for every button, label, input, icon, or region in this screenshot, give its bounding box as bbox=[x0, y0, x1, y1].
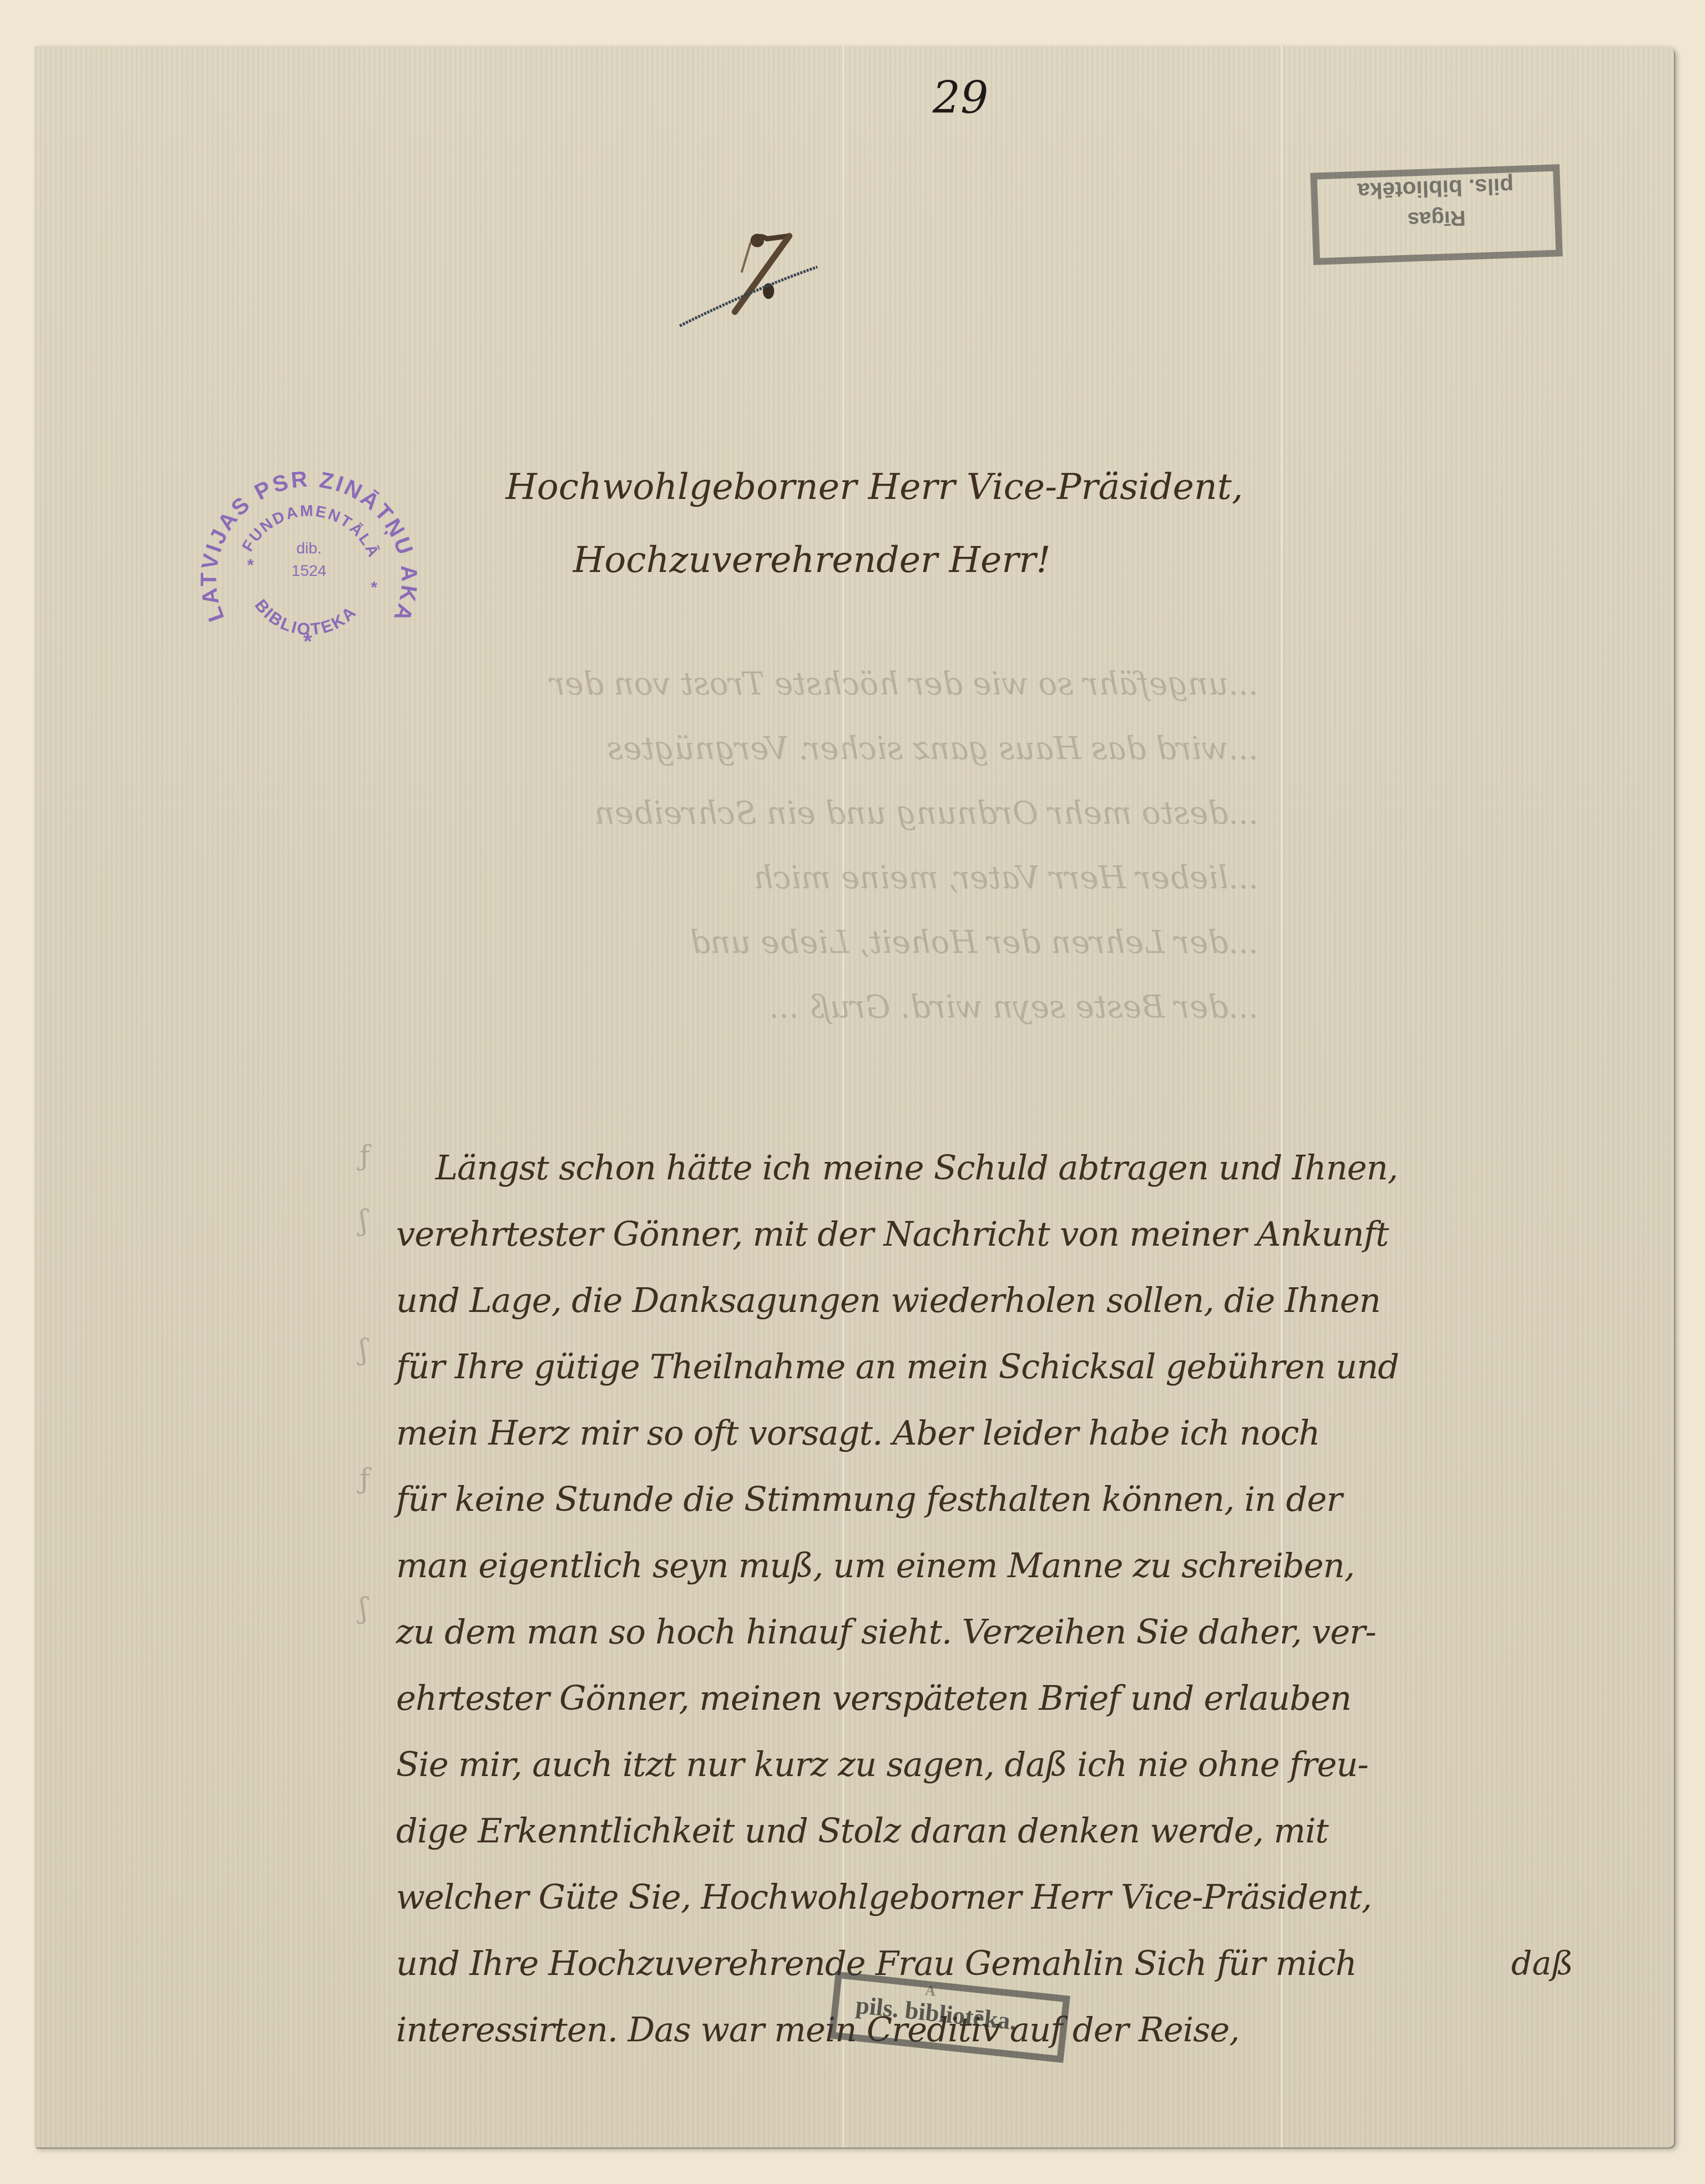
body-line: für keine Stunde die Stimmung festhalten… bbox=[396, 1466, 1666, 1533]
bleed-line: ...der Lehren der Hoheit, Liebe und bbox=[690, 924, 1258, 961]
bleed-line: ...lieber Herr Vater, meine mich bbox=[753, 860, 1258, 896]
svg-text:*: * bbox=[371, 578, 378, 597]
bleed-through-text: ...ungefähr so wie der höchste Trost von… bbox=[79, 652, 1258, 1129]
svg-text:1524: 1524 bbox=[292, 562, 326, 579]
letter-body: Längst schon hätte ich meine Schuld abtr… bbox=[396, 1135, 1666, 2063]
body-line: welcher Güte Sie, Hochwohlgeborner Herr … bbox=[396, 1864, 1666, 1931]
stamp-mark: A bbox=[924, 1982, 936, 2000]
body-line: Sie mir, auch itzt nur kurz zu sagen, da… bbox=[396, 1732, 1666, 1798]
bleed-line: ...desto mehr Ordnung und ein Schreiben bbox=[594, 795, 1258, 832]
body-line: für Ihre gütige Theilnahme an mein Schic… bbox=[396, 1334, 1666, 1400]
academy-library-stamp: LATVIJAS PSR ZINĀTŅU AKADĒMIJA FUNDAMENT… bbox=[185, 449, 433, 663]
stamp-line: pils. bibliotēka bbox=[1317, 171, 1554, 205]
stamp-line: Rīgas bbox=[1318, 202, 1555, 235]
svg-text:LATVIJAS PSR ZINĀTŅU AKADĒMIJA: LATVIJAS PSR ZINĀTŅU AKADĒMIJA bbox=[185, 449, 422, 626]
svg-text:*: * bbox=[247, 556, 254, 574]
item-number-mark bbox=[640, 197, 876, 332]
body-line: dige Erkenntlichkeit und Stolz daran den… bbox=[396, 1798, 1666, 1864]
body-line: ehrtester Gönner, meinen verspäteten Bri… bbox=[396, 1665, 1666, 1732]
svg-text:*: * bbox=[303, 629, 312, 654]
folio-number: 29 bbox=[933, 73, 988, 124]
body-line: Längst schon hätte ich meine Schuld abtr… bbox=[396, 1135, 1666, 1201]
margin-bleed-marks: ƒʃʃƒʃ bbox=[360, 1124, 393, 1967]
body-line: und Lage, die Danksagungen wiederholen s… bbox=[396, 1268, 1666, 1334]
stamp-text-mirrored: Rīgas pils. bibliotēka bbox=[1317, 171, 1555, 235]
numeral-seven-icon bbox=[640, 197, 876, 332]
bleed-line: ...wird das Haus ganz sicher. Vergnügtes bbox=[607, 730, 1258, 767]
catchword: daß bbox=[1511, 1944, 1573, 1982]
body-line: und Ihre Hochzuverehrende Frau Gemahlin … bbox=[396, 1931, 1666, 1997]
salutation-line-2: Hochzuverehrender Herr! bbox=[573, 539, 1051, 581]
salutation-line-1: Hochwohlgeborner Herr Vice-Präsident, bbox=[506, 466, 1243, 508]
library-stamp-mirrored: Rīgas pils. bibliotēka bbox=[1310, 164, 1562, 265]
svg-text:dib.: dib. bbox=[296, 539, 321, 557]
body-line: mein Herz mir so oft vorsagt. Aber leide… bbox=[396, 1400, 1666, 1466]
body-line: man eigentlich seyn muß, um einem Manne … bbox=[396, 1533, 1666, 1599]
bleed-line: ...ungefähr so wie der höchste Trost von… bbox=[550, 666, 1258, 702]
body-line: zu dem man so hoch hinauf sieht. Verzeih… bbox=[396, 1599, 1666, 1665]
body-line: verehrtester Gönner, mit der Nachricht v… bbox=[396, 1201, 1666, 1268]
bleed-line: ...der Beste seyn wird. Gruß ... bbox=[769, 989, 1258, 1025]
stamp-text: pils. bibliotēka. bbox=[854, 1991, 1018, 2036]
round-stamp-icon: LATVIJAS PSR ZINĀTŅU AKADĒMIJA FUNDAMENT… bbox=[185, 449, 433, 663]
